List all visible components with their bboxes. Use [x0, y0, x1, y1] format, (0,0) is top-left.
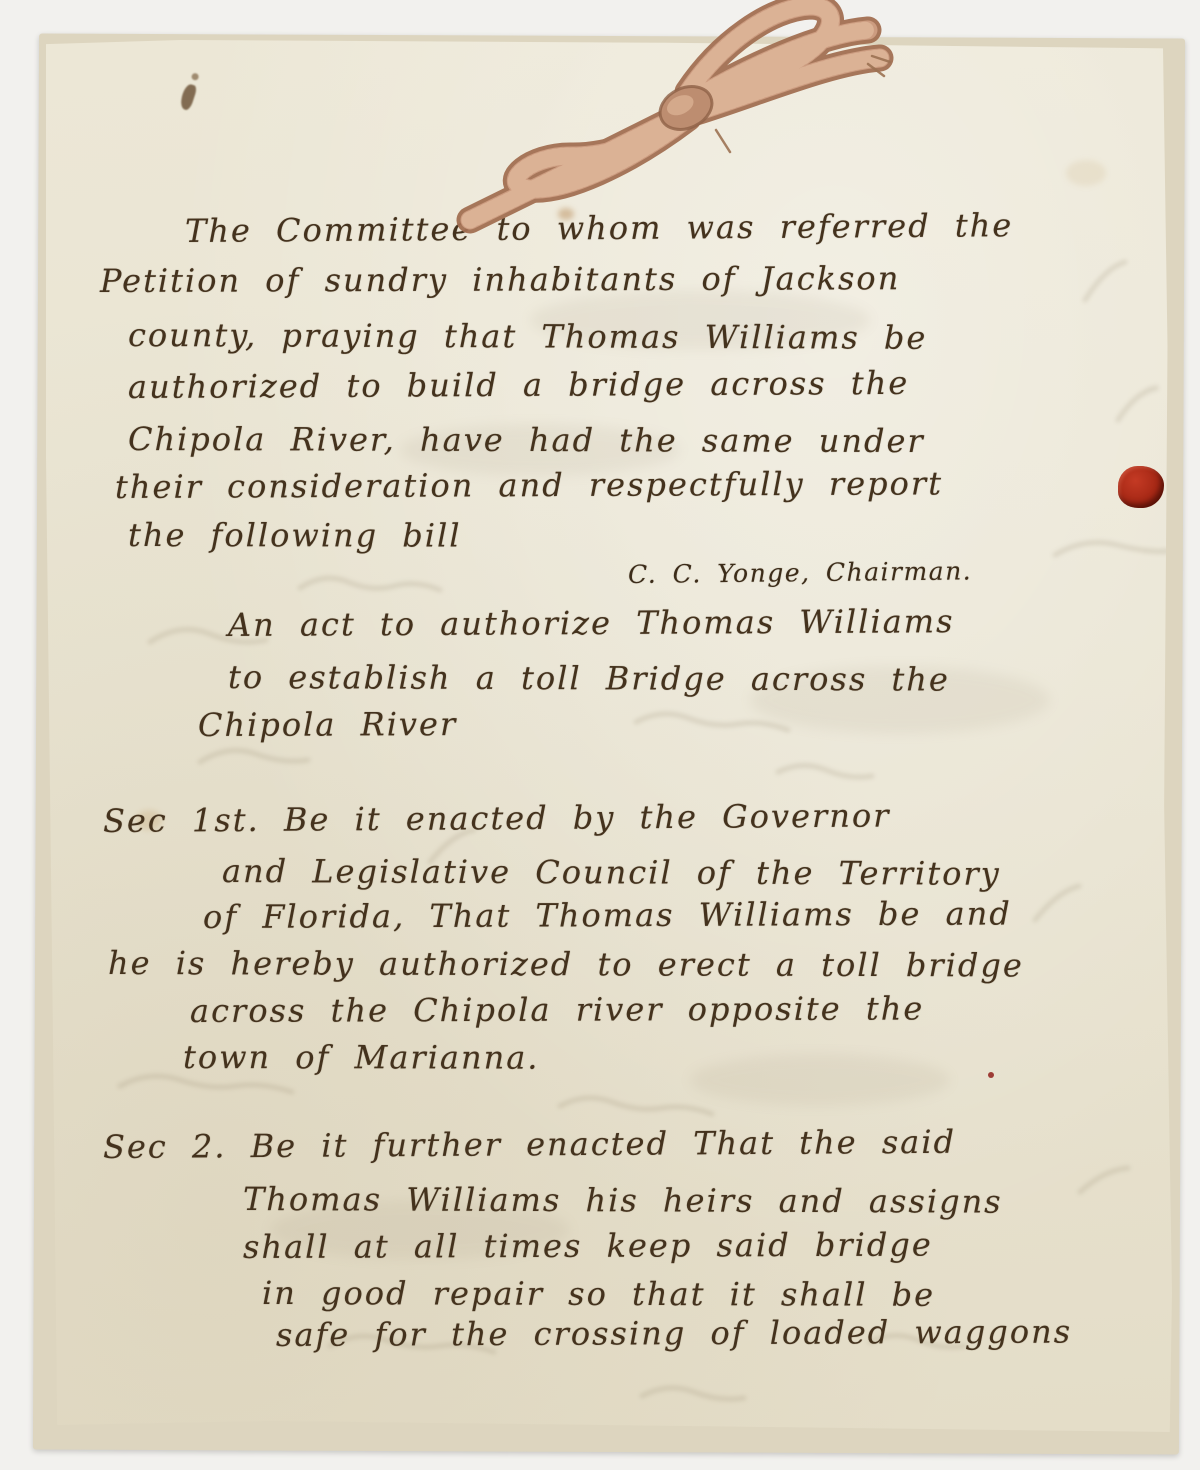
act-title-line-2: to establish a toll Bridge across the	[228, 658, 950, 699]
act-title-line-3: Chipola River	[198, 705, 457, 744]
report-line-7: the following bill	[128, 516, 462, 555]
section2-line-5: safe for the crossing of loaded waggons	[276, 1313, 1072, 1354]
report-line-6: their consideration and respectfully rep…	[115, 464, 943, 506]
report-line-2: Petition of sundry inhabitants of Jackso…	[100, 259, 900, 300]
report-line-4: authorized to build a bridge across the	[128, 364, 909, 406]
report-line-1: The Committee to whom was referred the	[185, 206, 1013, 250]
section1-line-3: of Florida, That Thomas Williams be and	[203, 894, 1012, 936]
section1-line-2: and Legislative Council of the Territory	[222, 852, 1001, 893]
red-ink-speck	[988, 1072, 994, 1078]
section2-line-3: shall at all times keep said bridge	[243, 1226, 933, 1266]
report-line-3: county, praying that Thomas Williams be	[128, 316, 928, 357]
act-title-line-1: An act to authorize Thomas Williams	[228, 602, 955, 644]
ink-smudge	[178, 83, 197, 111]
section1-line-5: across the Chipola river opposite the	[190, 989, 924, 1030]
scan-background: The Committee to whom was referred the P…	[0, 0, 1200, 1470]
section1-line-4: he is hereby authorized to erect a toll …	[108, 944, 1024, 984]
manuscript-page: The Committee to whom was referred the P…	[46, 40, 1172, 1432]
section1-line-1: Sec 1st. Be it enacted by the Governor	[103, 797, 891, 840]
section2-line-2: Thomas Williams his heirs and assigns	[243, 1180, 1003, 1221]
section2-line-1: Sec 2. Be it further enacted That the sa…	[103, 1123, 956, 1166]
signature-line: C. C. Yonge, Chairman.	[628, 556, 972, 589]
wax-seal-fragment-icon	[1118, 466, 1164, 508]
paper-stain	[1066, 160, 1106, 186]
section2-line-4: in good repair so that it shall be	[262, 1274, 935, 1314]
section1-line-6: town of Marianna.	[183, 1038, 540, 1077]
report-line-5: Chipola River, have had the same under	[128, 420, 925, 460]
